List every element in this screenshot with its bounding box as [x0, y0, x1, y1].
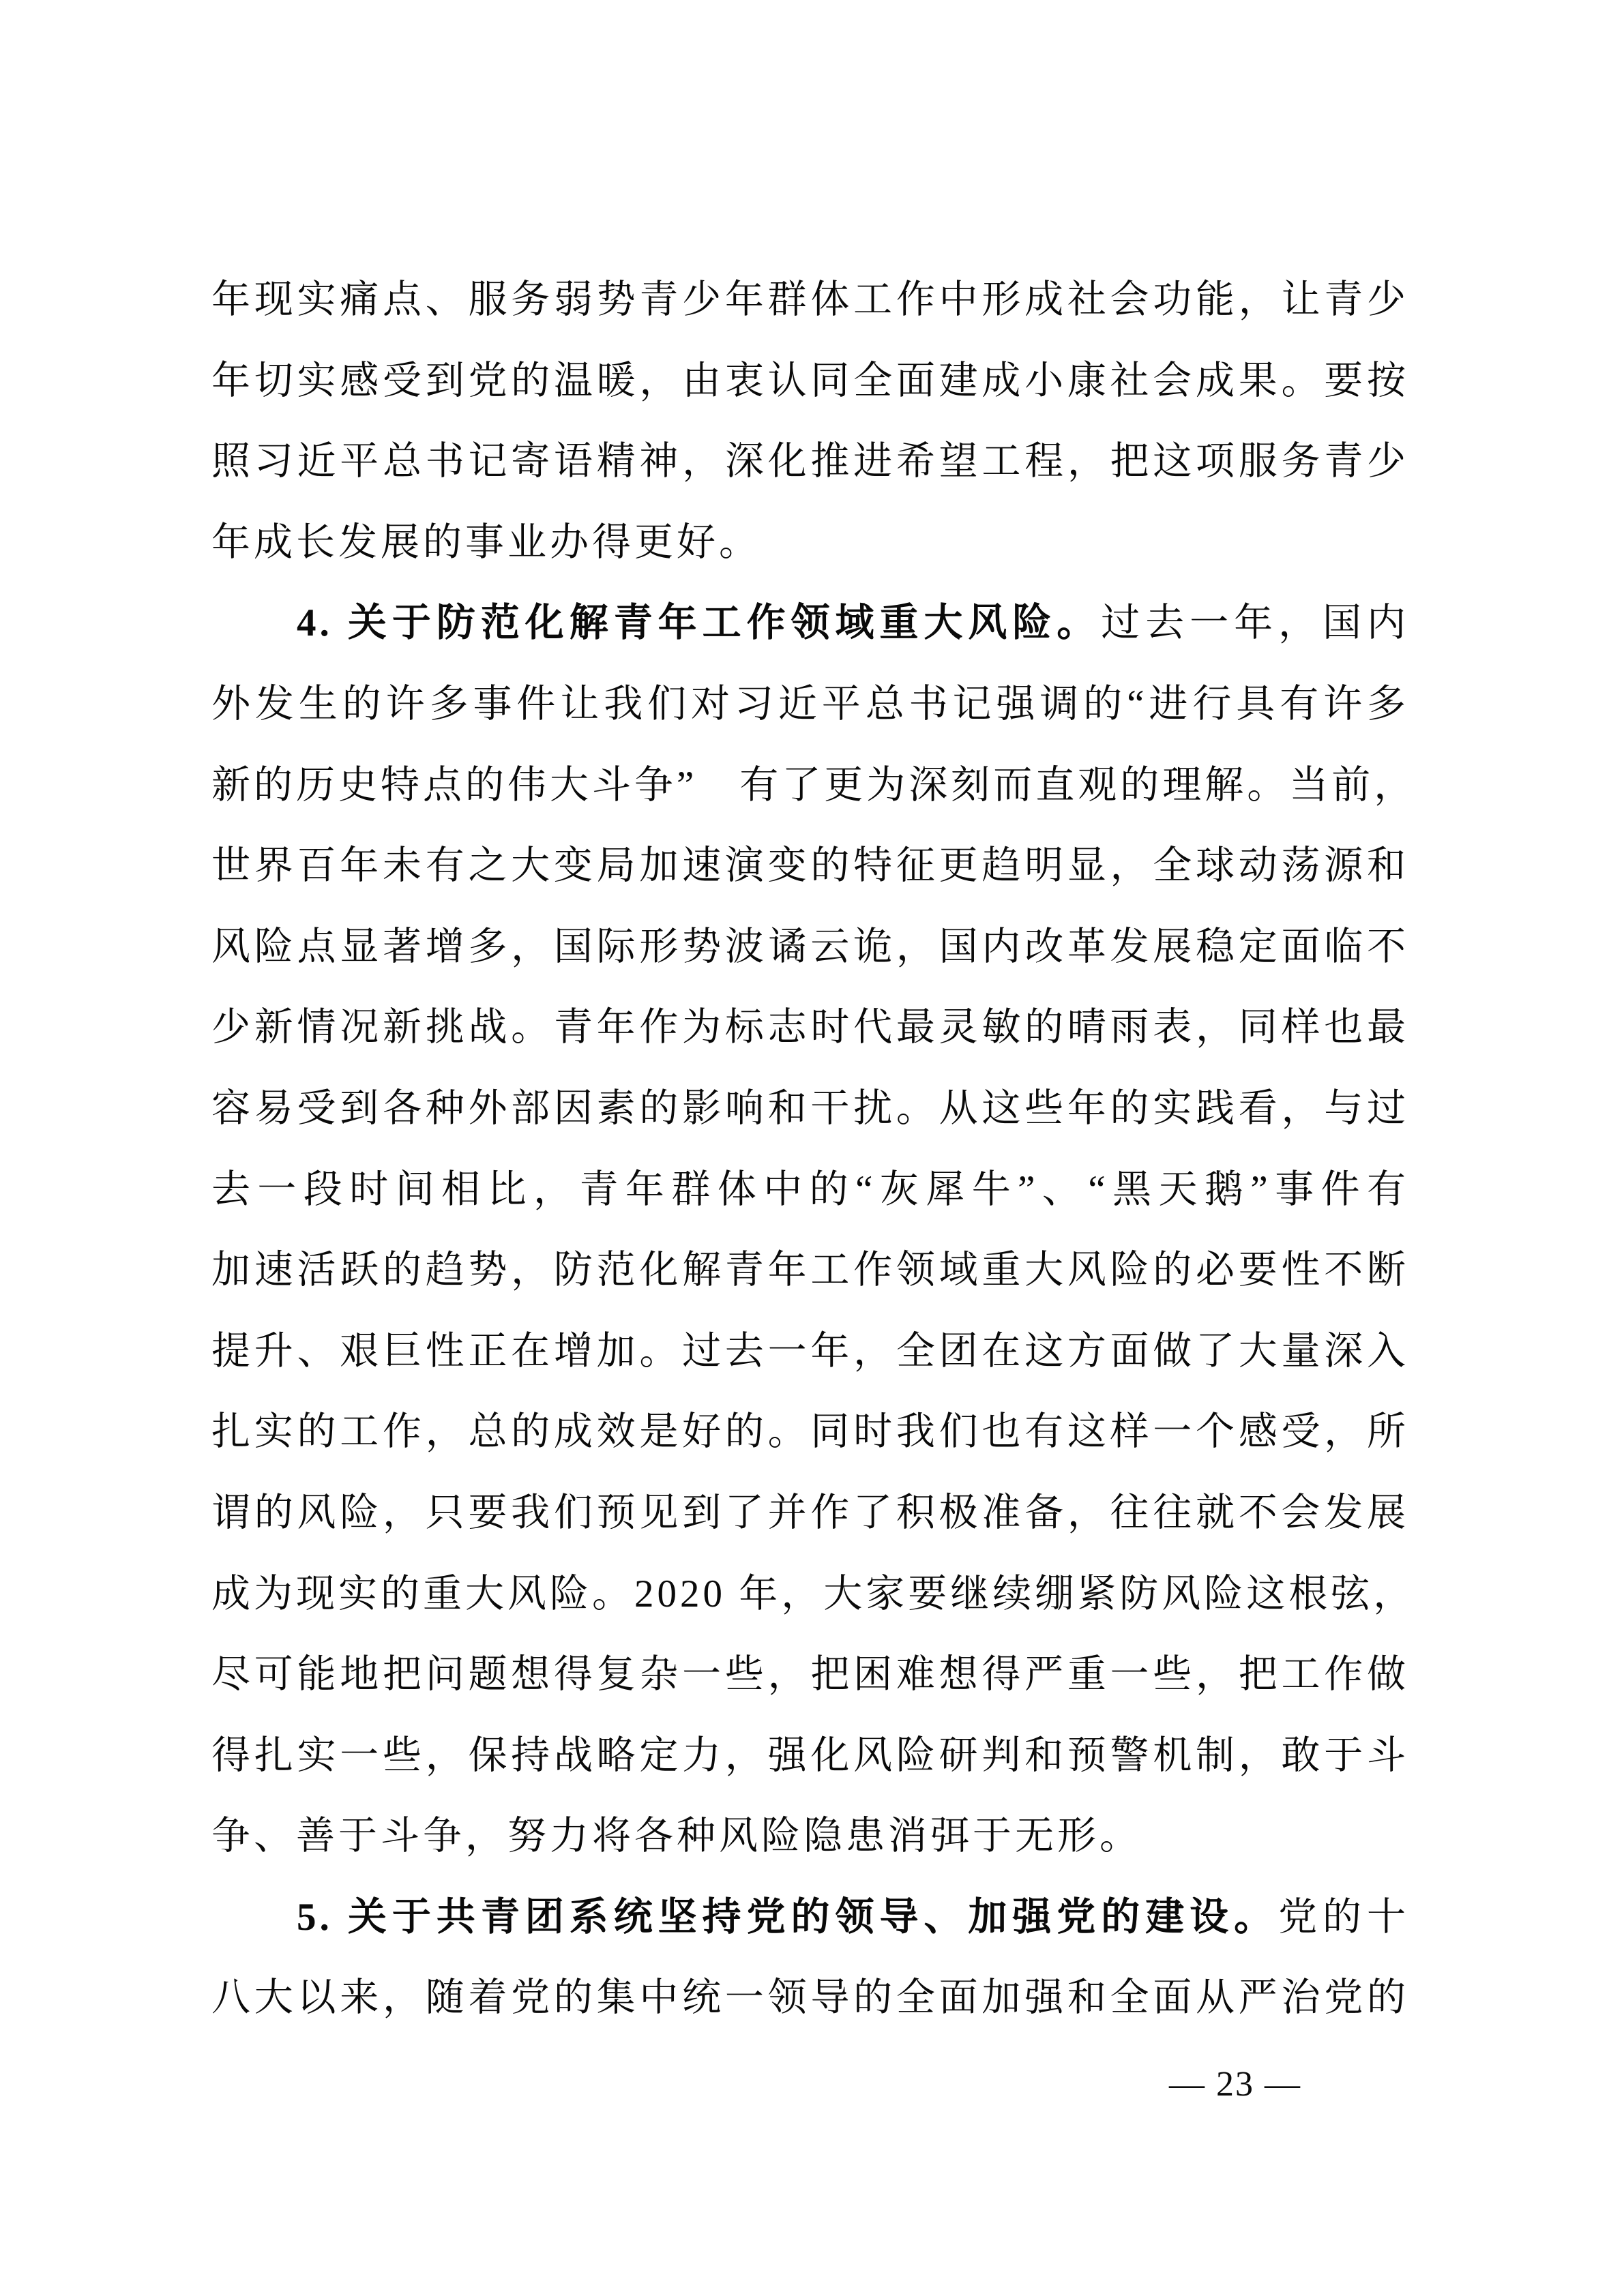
- text-line: 成为现实的重大风险。2020 年，大家要继续绷紧防风险这根弦，: [211, 1554, 1409, 1635]
- text-line: 争、善于斗争，努力将各种风险隐患消弭于无形。: [211, 1796, 1409, 1877]
- text-line: 少新情况新挑战。青年作为标志时代最灵敏的晴雨表，同样也最: [211, 987, 1409, 1069]
- text-line: 风险点显著增多，国际形势波谲云诡，国内改革发展稳定面临不: [211, 907, 1409, 988]
- text-line: 提升、艰巨性正在增加。过去一年，全团在这方面做了大量深入: [211, 1311, 1409, 1392]
- text-line: 扎实的工作，总的成效是好的。同时我们也有这样一个感受，所: [211, 1392, 1409, 1473]
- body-text: 年现实痛点、服务弱势青少年群体工作中形成社会功能，让青少 年切实感受到党的温暖，…: [211, 260, 1409, 2039]
- text-line: 年切实感受到党的温暖，由衷认同全面建成小康社会成果。要按: [211, 341, 1409, 422]
- text-line: 尽可能地把问题想得复杂一些，把困难想得严重一些，把工作做: [211, 1635, 1409, 1716]
- text-line: 得扎实一些，保持战略定力，强化风险研判和预警机制，敢于斗: [211, 1716, 1409, 1797]
- text-line: 谓的风险，只要我们预见到了并作了积极准备，往往就不会发展: [211, 1473, 1409, 1554]
- text-line: 世界百年未有之大变局加速演变的特征更趋明显，全球动荡源和: [211, 826, 1409, 907]
- text-line: 加速活跃的趋势，防范化解青年工作领域重大风险的必要性不断: [211, 1230, 1409, 1311]
- text-line: 去一段时间相比，青年群体中的“灰犀牛”、“黑天鹅”事件有: [211, 1150, 1409, 1231]
- text-line: 八大以来，随着党的集中统一领导的全面加强和全面从严治党的: [211, 1958, 1409, 2039]
- text-line: 容易受到各种外部因素的影响和干扰。从这些年的实践看，与过: [211, 1069, 1409, 1150]
- text-line: 年现实痛点、服务弱势青少年群体工作中形成社会功能，让青少: [211, 260, 1409, 341]
- text-line: 新的历史特点的伟大斗争” 有了更为深刻而直观的理解。当前，: [211, 745, 1409, 826]
- text-line: 照习近平总书记寄语精神，深化推进希望工程，把这项服务青少: [211, 421, 1409, 503]
- page-number: — 23 —: [1133, 2047, 1338, 2122]
- text-line: 年成长发展的事业办得更好。: [211, 503, 1409, 584]
- text-line-paragraph-4-heading: 4. 关于防范化解青年工作领域重大风险。过去一年，国内: [211, 583, 1409, 664]
- text-line: 外发生的许多事件让我们对习近平总书记强调的“进行具有许多: [211, 664, 1409, 745]
- text-line-paragraph-5-heading: 5. 关于共青团系统坚持党的领导、加强党的建设。党的十: [211, 1877, 1409, 1958]
- document-page: 年现实痛点、服务弱势青少年群体工作中形成社会功能，让青少 年切实感受到党的温暖，…: [0, 0, 1624, 2296]
